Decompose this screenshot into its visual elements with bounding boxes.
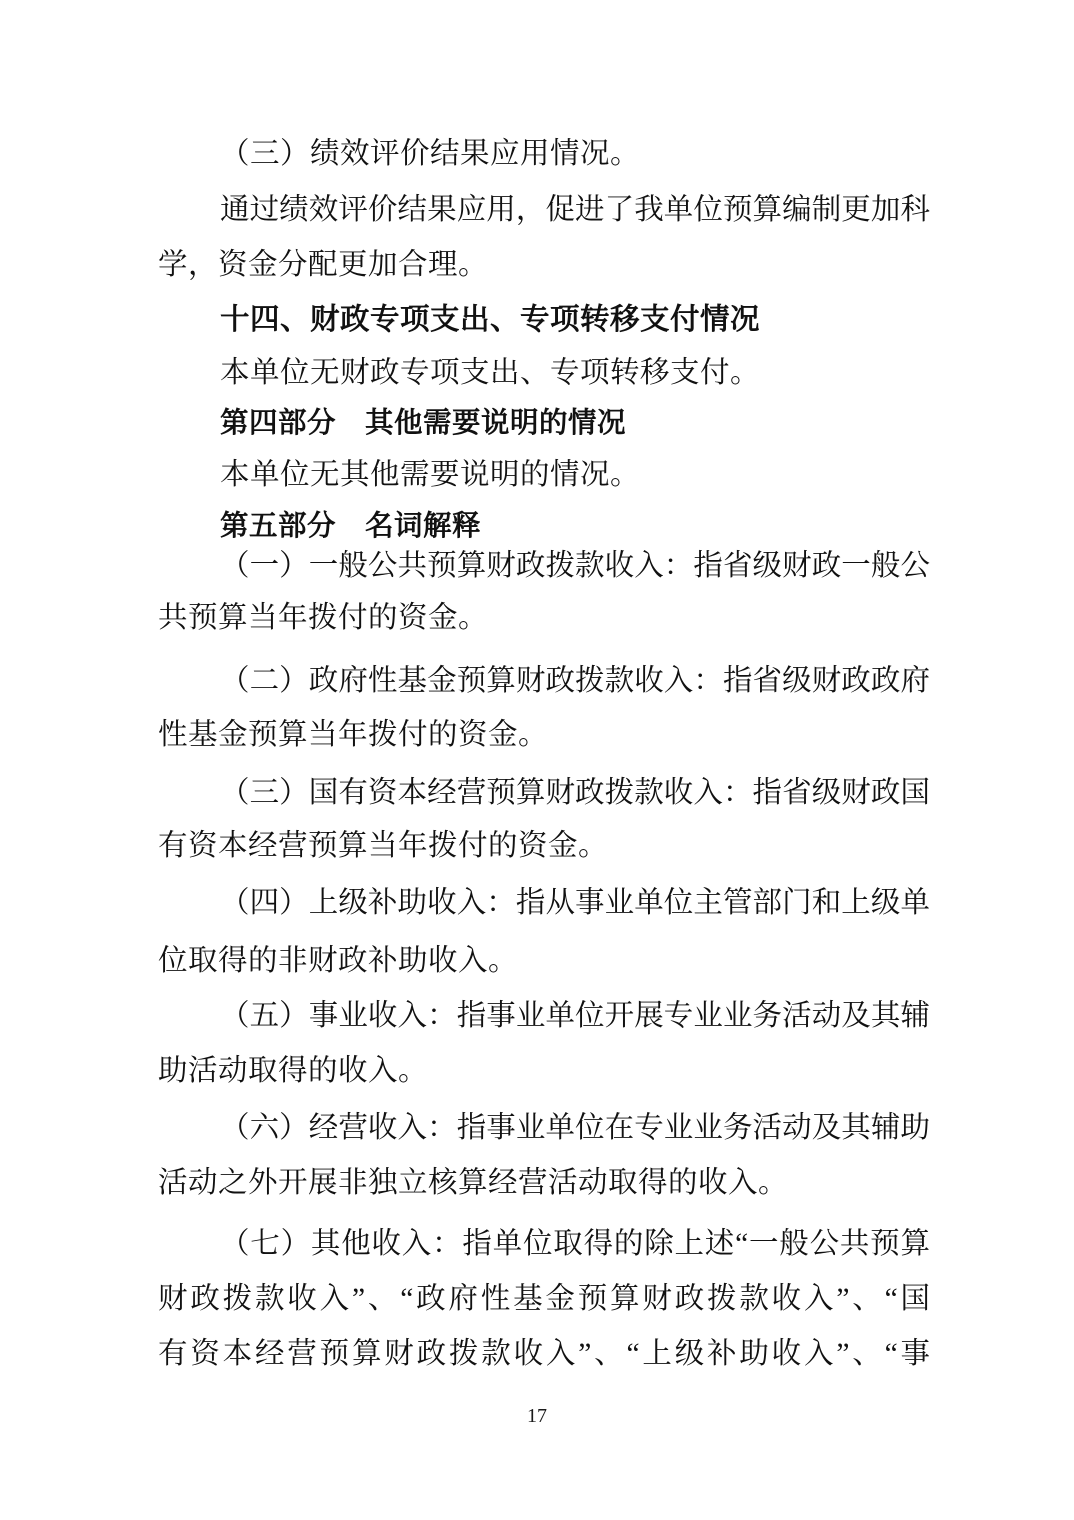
text-line: 本单位无其他需要说明的情况。: [158, 457, 930, 493]
text-line: （三）国有资本经营预算财政拨款收入：指省级财政国: [158, 775, 930, 811]
text-line: （六）经营收入：指事业单位在专业业务活动及其辅助: [158, 1110, 930, 1146]
section-heading: 十四、财政专项支出、专项转移支付情况: [158, 302, 930, 338]
text-line: 位取得的非财政补助收入。: [158, 943, 930, 979]
section-heading: 第四部分 其他需要说明的情况: [158, 405, 930, 441]
text-line: （七）其他收入：指单位取得的除上述“一般公共预算: [158, 1226, 930, 1262]
section-heading: 第五部分 名词解释: [158, 508, 930, 544]
text-line: 活动之外开展非独立核算经营活动取得的收入。: [158, 1165, 930, 1201]
text-line: 助活动取得的收入。: [158, 1053, 930, 1089]
text-line: （五）事业收入：指事业单位开展专业业务活动及其辅: [158, 998, 930, 1034]
text-line: （三）绩效评价结果应用情况。: [158, 136, 930, 172]
text-line: 有资本经营预算当年拨付的资金。: [158, 828, 930, 864]
text-line: （一）一般公共预算财政拨款收入：指省级财政一般公: [158, 548, 930, 584]
text-line: 财政拨款收入”、“政府性基金预算财政拨款收入”、“国: [158, 1281, 930, 1317]
text-line: 本单位无财政专项支出、专项转移支付。: [158, 355, 930, 391]
text-line: 共预算当年拨付的资金。: [158, 600, 930, 636]
text-line: 通过绩效评价结果应用，促进了我单位预算编制更加科: [158, 192, 930, 228]
text-line: 性基金预算当年拨付的资金。: [158, 717, 930, 753]
page-number: 17: [0, 1404, 1074, 1428]
text-line: 学，资金分配更加合理。: [158, 247, 930, 283]
document-body: （三）绩效评价结果应用情况。通过绩效评价结果应用，促进了我单位预算编制更加科学，…: [0, 0, 1074, 1520]
text-line: （四）上级补助收入：指从事业单位主管部门和上级单: [158, 885, 930, 921]
document-page: （三）绩效评价结果应用情况。通过绩效评价结果应用，促进了我单位预算编制更加科学，…: [0, 0, 1074, 1520]
text-line: （二）政府性基金预算财政拨款收入：指省级财政政府: [158, 663, 930, 699]
text-line: 有资本经营预算财政拨款收入”、“上级补助收入”、“事: [158, 1336, 930, 1372]
